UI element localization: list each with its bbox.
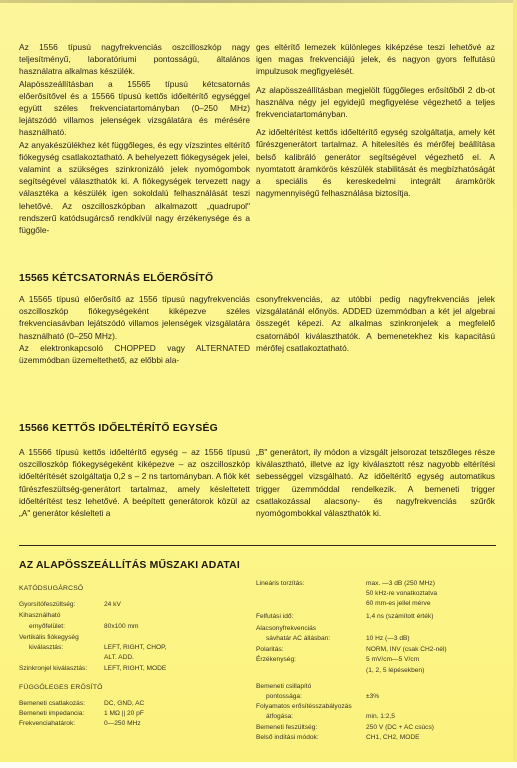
spec-value <box>366 702 501 712</box>
intro-paragraph: Az alapösszeállításban megjelölt függőle… <box>256 84 495 121</box>
spec-row: Folyamatos erősítésszabályozásátfogása:m… <box>256 702 501 722</box>
spec-group-heading: KATÓDSUGÁRCSŐ <box>19 584 249 594</box>
spec-value <box>104 633 249 643</box>
spec-row: Lineáris torzítás:max. —3 dB (250 MHz)50… <box>256 579 501 610</box>
section-paragraph: A 15566 típusú kettős időeltérítő egység… <box>19 446 250 519</box>
spec-key: Bemeneti feszültség: <box>256 723 366 733</box>
spec-key: Frekvenciahatárok: <box>19 719 104 729</box>
spec-key <box>256 589 366 599</box>
spec-key: Belső indítási módok: <box>256 733 366 743</box>
spec-row: Kihasználhatóernyőfelület:80x100 mm <box>19 611 249 631</box>
spec-key: átfogása: <box>256 712 366 722</box>
section-paragraph: A 15565 típusú előerősítő az 1556 típusú… <box>19 293 250 342</box>
spec-row: Bemeneti feszültség:250 V (DC + AC csúcs… <box>256 723 501 733</box>
spec-row: Gyorsítófeszültség:24 kV <box>19 600 249 610</box>
page-top-edge <box>0 0 517 3</box>
spec-value <box>366 682 501 692</box>
spec-row: Alacsonyfrekvenciássávhatár AC állásban:… <box>256 624 501 644</box>
spec-row: Bemeneti impedancia:1 MΩ || 20 pF <box>19 709 249 719</box>
spec-key <box>19 653 104 663</box>
spec-row: Szinkronjel kiválasztás:LEFT, RIGHT, MOD… <box>19 664 249 674</box>
spec-value: 60 mm-es jellel mérve <box>366 599 501 609</box>
spec-row: Belső indítási módok:CH1, CH2, MODE <box>256 733 501 743</box>
spec-value: 0—250 MHz <box>104 719 249 729</box>
section-paragraph: csonyfrekvenciás, az utóbbi pedig nagyfr… <box>256 293 495 354</box>
spec-key: pontossága: <box>256 692 366 702</box>
spec-key: kiválasztás: <box>19 643 104 653</box>
spec-row: Bemeneti csatlakozás:DC, GND, AC <box>19 699 249 709</box>
spec-value: DC, GND, AC <box>104 699 249 709</box>
spec-value: min. 1:2,5 <box>366 712 501 722</box>
spec-key: Érzékenység: <box>256 655 366 665</box>
spec-value: CH1, CH2, MODE <box>366 733 501 743</box>
intro-paragraph: Alapösszeállításban a 15565 típusú kétcs… <box>19 78 250 139</box>
intro-paragraph: Az időeltérítést kettős időeltérítő egys… <box>256 126 495 199</box>
section-divider <box>19 545 496 546</box>
spec-key: Polaritás: <box>256 645 366 655</box>
spec-value: 5 mV/cm—5 V/cm <box>366 655 501 665</box>
spec-key: Bemeneti csatlakozás: <box>19 699 104 709</box>
spec-value <box>366 624 501 634</box>
spec-row: Bemeneti csillapítópontossága:±3% <box>256 682 501 702</box>
spec-key: Bemeneti csillapító <box>256 682 366 692</box>
spec-key: Vertikális fiókegység <box>19 633 104 643</box>
intro-paragraph: Az anyakészülékhez két függőleges, és eg… <box>19 139 250 237</box>
section-15565-left-column: A 15565 típusú előerősítő az 1556 típusú… <box>19 293 250 366</box>
specs-title: AZ ALAPÖSSZEÁLLÍTÁS MŰSZAKI ADATAI <box>19 560 240 571</box>
spec-row: Frekvenciahatárok:0—250 MHz <box>19 719 249 729</box>
intro-paragraph: Az 1556 típusú nagyfrekvenciás oszcillos… <box>19 41 250 78</box>
spec-key: Kihasználható <box>19 611 104 621</box>
spec-value: 24 kV <box>104 600 249 610</box>
page-bottom-edge <box>0 762 517 768</box>
section-15566-title: 15566 KETTŐS IDŐELTÉRÍTŐ EGYSÉG <box>19 423 218 434</box>
spec-value: NORM, INV (csak CH2-nél) <box>366 645 501 655</box>
spec-key: Bemeneti impedancia: <box>19 709 104 719</box>
spec-value <box>104 611 249 621</box>
spec-value: 1 MΩ || 20 pF <box>104 709 249 719</box>
spec-key: Gyorsítófeszültség: <box>19 600 104 610</box>
section-15565-right-column: csonyfrekvenciás, az utóbbi pedig nagyfr… <box>256 293 495 354</box>
spec-value: 50 kHz-re vonatkoztatva <box>366 589 501 599</box>
spec-value: 250 V (DC + AC csúcs) <box>366 723 501 733</box>
spec-key <box>256 599 366 609</box>
spec-value: 10 Hz (—3 dB) <box>366 634 501 644</box>
spec-value: LEFT, RIGHT, MODE <box>104 664 249 674</box>
spec-value: 80x100 mm <box>104 622 249 632</box>
spec-key: Felfutási idő: <box>256 612 366 622</box>
spec-value: 1,4 ns (számított érték) <box>366 612 501 622</box>
spec-key: Alacsonyfrekvenciás <box>256 624 366 634</box>
spec-group-heading: FÜGGŐLEGES ERŐSÍTŐ <box>19 683 249 693</box>
intro-left-column: Az 1556 típusú nagyfrekvenciás oszcillos… <box>19 41 250 236</box>
spec-key: Lineáris torzítás: <box>256 579 366 589</box>
spec-key: ernyőfelület: <box>19 622 104 632</box>
section-15566-right-column: „B" generátort, ily módon a vizsgált jel… <box>256 446 495 519</box>
specs-left-column: KATÓDSUGÁRCSŐGyorsítófeszültség:24 kVKih… <box>19 584 249 729</box>
spec-value: ±3% <box>366 692 501 702</box>
section-paragraph: „B" generátort, ily módon a vizsgált jel… <box>256 446 495 519</box>
section-15566-left-column: A 15566 típusú kettős időeltérítő egység… <box>19 446 250 519</box>
spec-value: ALT. ADD. <box>104 653 249 663</box>
spec-key: Folyamatos erősítésszabályozás <box>256 702 366 712</box>
section-15565-title: 15565 KÉTCSATORNÁS ELŐERŐSÍTŐ <box>19 273 213 284</box>
section-paragraph: Az elektronkapcsoló CHOPPED vagy ALTERNA… <box>19 342 250 366</box>
spec-row: Vertikális fiókegységkiválasztás:LEFT, R… <box>19 633 249 664</box>
spec-row: Felfutási idő:1,4 ns (számított érték) <box>256 612 501 622</box>
spec-key: sávhatár AC állásban: <box>256 634 366 644</box>
intro-paragraph: ges eltérítő lemezek különleges kiképzés… <box>256 41 495 78</box>
spec-row: Polaritás:NORM, INV (csak CH2-nél) <box>256 645 501 655</box>
spec-key: Szinkronjel kiválasztás: <box>19 664 104 674</box>
spec-key <box>256 666 366 676</box>
spec-row: Érzékenység:5 mV/cm—5 V/cm(1, 2, 5 lépés… <box>256 655 501 675</box>
spec-value: max. —3 dB (250 MHz) <box>366 579 501 589</box>
spec-value: (1, 2, 5 lépésekben) <box>366 666 501 676</box>
intro-right-column: ges eltérítő lemezek különleges kiképzés… <box>256 41 495 199</box>
specs-right-column: Lineáris torzítás:max. —3 dB (250 MHz)50… <box>256 579 501 743</box>
brochure-page: Az 1556 típusú nagyfrekvenciás oszcillos… <box>0 0 517 768</box>
page-right-edge <box>513 0 517 768</box>
spec-value: LEFT, RIGHT, CHOP, <box>104 643 249 653</box>
